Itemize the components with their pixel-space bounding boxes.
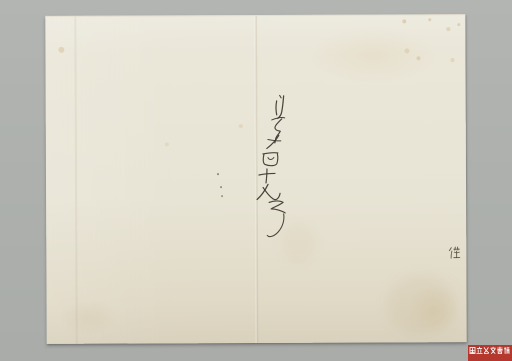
- foxing-spot: [239, 124, 243, 128]
- foxing-spot: [428, 18, 431, 21]
- foxing-spot: [402, 19, 406, 23]
- watermark-subtitle: National Archives of Japan: [468, 355, 512, 360]
- document-page: [45, 14, 466, 344]
- ink-speck: [221, 195, 223, 197]
- foxing-spot: [58, 47, 64, 53]
- fold-crease-faint: [74, 17, 77, 344]
- watermark-kanji-text: [469, 346, 511, 355]
- ink-speck: [220, 186, 222, 188]
- foxing-spot: [404, 48, 409, 53]
- foxing-spot: [457, 23, 460, 26]
- foxing-spot: [450, 58, 454, 62]
- ink-speck: [217, 173, 219, 175]
- foxing-spot: [386, 275, 456, 335]
- calligraphy-inscription: [255, 89, 306, 244]
- archive-watermark: National Archives of Japan: [468, 345, 512, 361]
- foxing-spot: [446, 27, 450, 31]
- scan-background: National Archives of Japan: [0, 0, 512, 361]
- foxing-spot: [416, 56, 420, 60]
- foxing-spot: [165, 142, 169, 146]
- margin-character: [448, 245, 460, 260]
